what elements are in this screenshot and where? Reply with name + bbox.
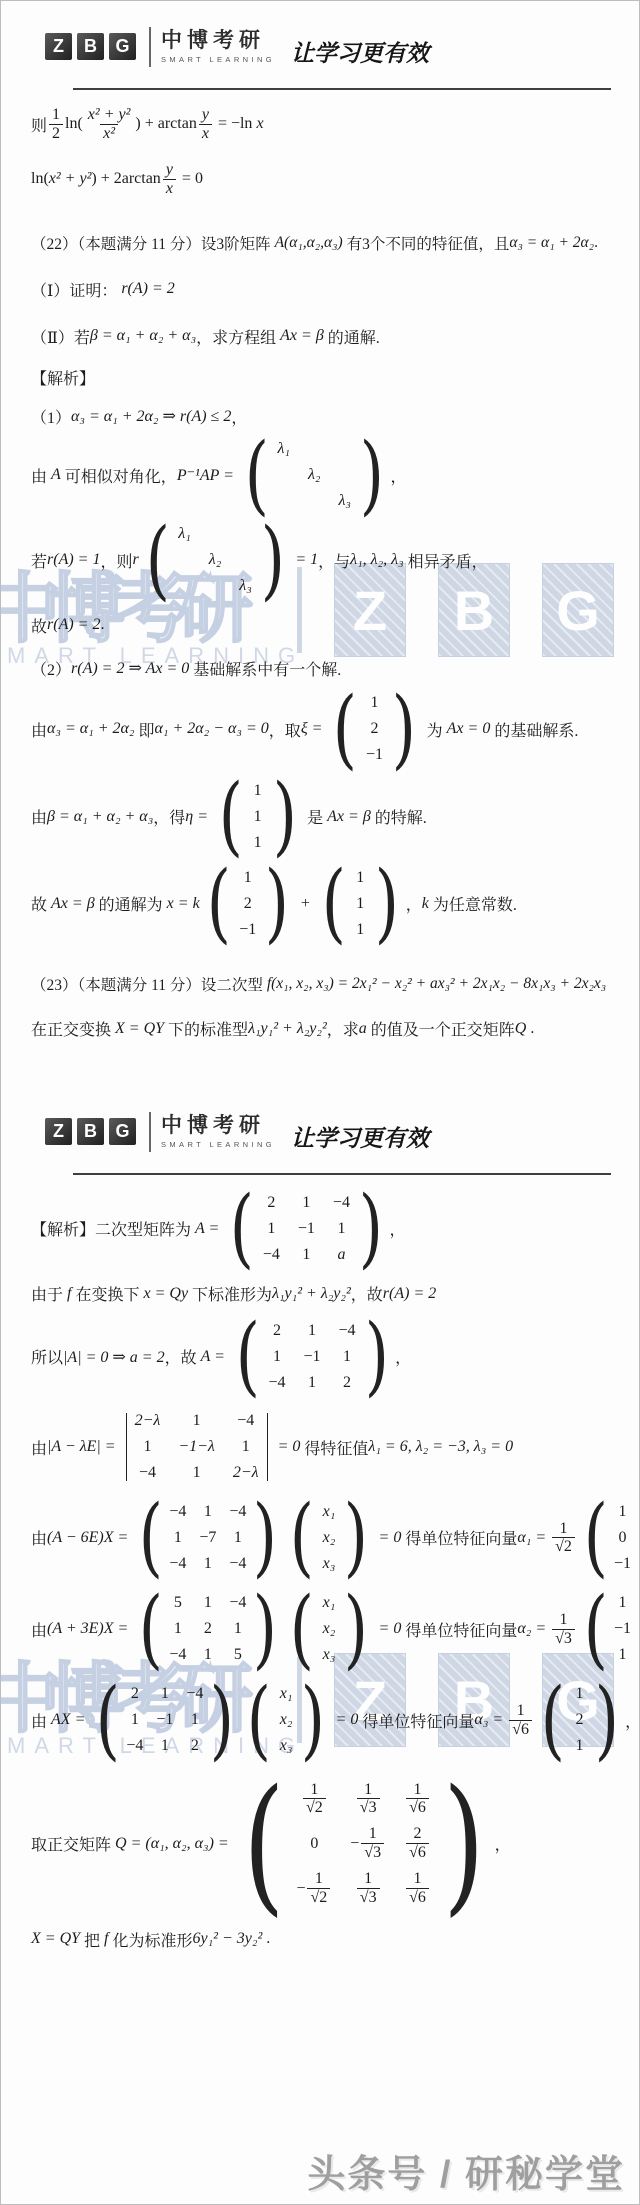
fraction-numerator: 1: [557, 1611, 571, 1629]
matrix-cell: −4: [237, 1412, 254, 1430]
formula-text: 由: [31, 1618, 47, 1641]
formula-math: r(A) = 2: [47, 616, 100, 634]
fraction-numerator: 1: [361, 1781, 375, 1799]
formula-text: 由: [31, 1526, 47, 1549]
matrix-cell: [240, 525, 252, 543]
matrix-cell: 1: [191, 1412, 203, 1430]
matrix: (1−11): [579, 1590, 640, 1669]
formula-math: x = k: [167, 895, 200, 913]
paren-left: (: [247, 1681, 271, 1760]
fraction-numerator: 1: [312, 1870, 326, 1888]
formula-math: Ax = β: [327, 808, 371, 826]
matrix-cell: −1: [156, 1711, 173, 1729]
logo-letter-b: B: [77, 1118, 104, 1145]
matrix-cell: [339, 440, 351, 458]
eigenvector-2: 由(A + 3E)X = (51−4121−415)(x₁x₂x₃) = 0 得…: [31, 1590, 639, 1669]
fraction: 12: [49, 106, 63, 143]
formula-text: （22）（本题满分 11 分）设3阶矩阵: [31, 232, 275, 254]
formula-math: Ax = β: [51, 895, 95, 913]
formula-text: 【解析】二次型矩阵为: [31, 1217, 195, 1240]
matrix-cell: x₃: [280, 1737, 293, 1755]
paren-left: (: [290, 1590, 314, 1669]
matrix-cell: λ₃: [338, 492, 351, 510]
matrix-cell: −4: [229, 1594, 246, 1612]
fraction-numerator: y: [163, 161, 176, 179]
matrix-cell: 1√3: [355, 1870, 382, 1907]
formula-math: α₃ = α₁ + 2α₂: [509, 234, 594, 252]
formula-math: x² + y²: [49, 170, 92, 188]
formula-math: α₃ =: [474, 1711, 507, 1729]
matrix-cell: 1: [300, 1246, 312, 1264]
formula-text: 故: [31, 892, 51, 915]
matrix-cell: −1: [239, 921, 256, 939]
matrix-cell: 1: [129, 1711, 141, 1729]
matrix-cell: [339, 466, 351, 484]
formula-math: Ax = β: [280, 327, 324, 345]
particular-solution: 由β = α₁ + α₂ + α₃，得η = (111) 是 Ax = β 的特…: [31, 777, 639, 856]
formula-text: 得单位特征向量: [358, 1709, 474, 1732]
matrix-cell: 1: [232, 1529, 244, 1547]
paren-left: (: [139, 1498, 163, 1577]
fraction-numerator: 1: [410, 1781, 424, 1799]
formula-math: AX =: [51, 1711, 89, 1729]
formula-math: r(A) = 2 ⇒ Ax = 0: [71, 658, 189, 678]
formula-text: ，: [395, 1345, 411, 1368]
matrix: (12−1): [328, 690, 420, 769]
matrix-grid: x₁x₂x₃: [319, 1592, 339, 1666]
matrix: (21−41−11−412): [231, 1317, 393, 1396]
formula-text: （Ⅰ）证明：: [31, 278, 121, 301]
fraction: x² + y²x²: [85, 106, 134, 143]
logo-letter-g: G: [109, 33, 136, 60]
matrix: (λ₁λ₂λ₃): [240, 436, 389, 515]
matrix-cell: 1: [240, 1438, 252, 1456]
formula-text: 由: [31, 805, 47, 828]
paren-left: (: [236, 1317, 260, 1396]
formula-text: 的通解为: [95, 892, 167, 915]
matrix-cell: 1: [354, 921, 366, 939]
formula-math: β = α₁ + α₂ + α₃: [47, 808, 153, 826]
matrix-cell: 1: [202, 1594, 214, 1612]
fraction: 1√2: [303, 1781, 326, 1818]
formula-text: ，取: [269, 718, 301, 741]
q22-part1: （Ⅰ）证明： r(A) = 2: [31, 278, 639, 301]
paren-right: ): [359, 1189, 383, 1268]
matrix-grid: 121: [570, 1683, 590, 1757]
matrix-cell: 2: [341, 1374, 353, 1392]
matrix-grid: 1√21√31√60−1√32√6−1√21√31√6: [292, 1779, 434, 1909]
matrix-grid: 2−λ1−41−1−λ1−412−λ: [131, 1410, 263, 1484]
matrix-cell: 1: [306, 1374, 318, 1392]
paren-right: ): [253, 1590, 277, 1669]
paren-left: (: [219, 777, 243, 856]
brand-name: 中博考研: [161, 29, 275, 52]
matrix-cell: −4: [229, 1503, 246, 1521]
formula-math: Q: [515, 1020, 527, 1038]
matrix-grid: x₁x₂x₃: [276, 1683, 296, 1757]
formula-text: 的通解.: [324, 325, 380, 348]
formula-text: .: [526, 1020, 534, 1038]
fraction-denominator: √2: [552, 1537, 575, 1556]
formula-text: 由: [31, 464, 51, 487]
matrix-cell: 5: [172, 1594, 184, 1612]
fraction: yx: [199, 106, 212, 143]
paren-left: (: [139, 1590, 163, 1669]
matrix: (21−41−11−41a): [225, 1189, 387, 1268]
cell-sign: −: [296, 1880, 305, 1898]
rank-from-form: 由于 f 在变换下 x = Qy 下标准形为λ₁y₁² + λ₂y₂²，故r(A…: [31, 1282, 639, 1305]
paren-right: ): [375, 864, 399, 943]
matrix-cell: −1: [303, 1348, 320, 1366]
paren-right: ): [272, 777, 296, 856]
paren-left: (: [96, 1681, 120, 1760]
matrix-cell: 2√6: [404, 1825, 431, 1862]
matrix-cell: 1: [335, 1220, 347, 1238]
matrix-cell: −1√3: [350, 1825, 386, 1862]
formula-text: 得特征值: [300, 1436, 368, 1459]
formula-text: ，得: [153, 805, 185, 828]
matrix: (111): [317, 864, 404, 943]
brand-name: 中博考研: [161, 1114, 275, 1137]
step-2: （2）r(A) = 2 ⇒ Ax = 0 基础解系中有一个解.: [31, 657, 639, 680]
document-content: Z B G 中博考研 SMART LEARNING 让学习更有效 则12ln(x…: [1, 1, 639, 1951]
eigenvalues: 由|A − λE| = 2−λ1−41−1−λ1−412−λ = 0 得特征值λ…: [31, 1410, 639, 1484]
matrix-cell: 2: [369, 720, 381, 738]
formula-text: 故: [31, 614, 47, 637]
formula-text: ) + arctan: [135, 115, 196, 133]
paren-right: ): [360, 436, 384, 515]
logo-divider: [149, 27, 151, 67]
formula-math: r(A) = 2: [383, 1285, 436, 1303]
matrix-cell: 1: [341, 1348, 353, 1366]
general-solution: 故 Ax = β 的通解为 x = k(12−1) + (111)，k 为任意常…: [31, 864, 639, 943]
formula-text: ，与: [318, 549, 350, 572]
matrix-cell: [308, 492, 320, 510]
matrix-grid: 1−11: [612, 1592, 632, 1666]
matrix: (111): [214, 777, 301, 856]
matrix-cell: x₁: [280, 1685, 293, 1703]
formula-math: = 1: [291, 551, 318, 569]
matrix-cell: 1: [242, 869, 254, 887]
matrix-cell: 1: [252, 834, 264, 852]
formula-text: 在变换下: [71, 1282, 143, 1305]
formula-text: 把: [80, 1928, 104, 1951]
det-bar: [126, 1413, 127, 1481]
fraction: 1√3: [552, 1611, 575, 1648]
formula-text: 由: [31, 1709, 51, 1732]
matrix-cell: [179, 577, 191, 595]
matrix-cell: 2−λ: [135, 1412, 161, 1430]
matrix-cell: 1: [202, 1503, 214, 1521]
matrix-grid: 21−41−11−41a: [259, 1192, 354, 1266]
formula-math: +: [296, 895, 315, 913]
formula-math: X = QY: [31, 1930, 80, 1948]
fraction-denominator: √6: [406, 1798, 429, 1817]
brand-subtitle: SMART LEARNING: [161, 55, 275, 64]
formula-text: （2）: [31, 657, 71, 680]
matrix-cell: 0: [308, 1835, 320, 1853]
formula-math: A =: [195, 1220, 223, 1238]
matrix-cell: [240, 551, 252, 569]
paren-left: (: [145, 521, 169, 600]
matrix-grid: 21−41−11−412: [264, 1320, 359, 1394]
fraction-denominator: √2: [303, 1798, 326, 1817]
matrix-cell: −1: [614, 1620, 631, 1638]
matrix-cell: [278, 492, 290, 510]
matrix-cell: −7: [199, 1529, 216, 1547]
formula-math: λ₁ = 6, λ₂ = −3, λ₃ = 0: [368, 1438, 513, 1456]
paren-left: (: [243, 1776, 285, 1912]
fraction-denominator: √3: [361, 1843, 384, 1862]
brand-slogan: 让学习更有效: [291, 35, 429, 68]
matrix-cell: [209, 577, 221, 595]
matrix-cell: 1: [159, 1685, 171, 1703]
matrix-cell: 1: [300, 1194, 312, 1212]
matrix-cell: 1: [202, 1646, 214, 1664]
matrix-cell: 1: [616, 1594, 628, 1612]
formula-math: α₃ = α₁ + 2α₂ ⇒ r(A) ≤ 2: [71, 406, 231, 426]
formula-text: ，求方程组: [196, 325, 280, 348]
eq-ln-result: ln(x² + y²) + 2arctanyx = 0: [31, 161, 639, 198]
formula-text: 由: [31, 718, 47, 741]
matrix-cell: 1: [202, 1555, 214, 1573]
matrix-grid: x₁x₂x₃: [319, 1501, 339, 1575]
formula-text: 得单位特征向量: [401, 1618, 517, 1641]
formula-text: 的特解.: [371, 805, 427, 828]
paren-left: (: [333, 690, 357, 769]
paren-left: (: [321, 864, 345, 943]
formula-text: 的值及一个正交矩阵: [367, 1017, 515, 1040]
fraction: 1√6: [406, 1781, 429, 1818]
matrix-cell: 1√3: [355, 1781, 382, 1818]
fraction-denominator: 2: [49, 124, 63, 143]
matrix-cell: −4: [169, 1503, 186, 1521]
formula-math: λ₁y₁² + λ₂y₂²: [248, 1020, 327, 1038]
paren-right: ): [344, 1590, 368, 1669]
formula-text: 为: [423, 718, 447, 741]
matrix-grid: −41−41−71−41−4: [168, 1501, 248, 1575]
formula-text: = 0: [178, 170, 203, 188]
matrix-grid: 111: [248, 780, 268, 854]
formula-text: ，: [406, 892, 422, 915]
paren-left: (: [206, 864, 230, 943]
matrix-cell: −1: [614, 1555, 631, 1573]
formula-text: ，: [391, 464, 407, 487]
matrix: (−41−41−71−41−4): [134, 1498, 281, 1577]
formula-text: 由: [31, 1436, 47, 1459]
formula-math: β = α₁ + α₂ + α₃: [90, 327, 196, 345]
formula-text: 的基础解系.: [490, 718, 578, 741]
paren-right: ): [260, 521, 284, 600]
matrix-cell: x₃: [323, 1555, 336, 1573]
matrix-cell: 1√6: [404, 1781, 431, 1818]
solve-a: 所以|A| = 0 ⇒ a = 2，故 A = (21−41−11−412)，: [31, 1317, 639, 1396]
matrix-cell: λ₂: [209, 551, 222, 569]
matrix-cell: [278, 466, 290, 484]
cell-sign: −: [350, 1835, 359, 1853]
matrix-cell: 1: [232, 1620, 244, 1638]
matrix-grid: 12−1: [235, 867, 260, 941]
fraction-denominator: √2: [307, 1888, 330, 1907]
formula-math: a: [359, 1020, 367, 1038]
matrix-cell: 1: [141, 1438, 153, 1456]
formula-text: 由于: [31, 1282, 67, 1305]
matrix-cell: −4: [139, 1464, 156, 1482]
formula-text: （Ⅱ）若: [31, 325, 90, 348]
matrix-cell: −4: [229, 1555, 246, 1573]
matrix: (1√21√31√60−1√32√6−1√21√31√6): [235, 1776, 493, 1912]
formula-text: 所以: [31, 1345, 63, 1368]
matrix-cell: 1: [191, 1464, 203, 1482]
matrix-cell: λ₃: [239, 577, 252, 595]
fraction-numerator: 2: [410, 1825, 424, 1843]
matrix: (x₁x₂x₃): [242, 1681, 329, 1760]
formula-text: ，: [495, 1832, 511, 1855]
fraction: 1√2: [307, 1870, 330, 1907]
matrix-cell: 1: [574, 1737, 586, 1755]
solution-body: 则12ln(x² + y²x²) + arctanyx = −ln xln(x²…: [1, 106, 639, 1951]
formula-text: ，: [625, 1709, 640, 1732]
header-rule: [73, 88, 611, 90]
matrix-cell: x₂: [280, 1711, 293, 1729]
matrix: (x₁x₂x₃): [285, 1498, 372, 1577]
formula-math: Ax = 0: [447, 720, 491, 738]
matrix-cell: −4: [126, 1737, 143, 1755]
matrix-cell: 1: [172, 1529, 184, 1547]
matrix-grid: 12−1: [362, 692, 387, 766]
paren-left: (: [584, 1590, 608, 1669]
formula-text: .: [594, 234, 598, 252]
matrix-cell: 1: [306, 1322, 318, 1340]
formula-math: λ₁y₁² + λ₂y₂²: [272, 1285, 351, 1303]
fraction: 1√3: [357, 1870, 380, 1907]
det-bar: [267, 1413, 268, 1481]
formula-text: 下的标准型: [164, 1017, 248, 1040]
matrix-cell: 1: [252, 782, 264, 800]
formula-text: 下标准形为: [188, 1282, 272, 1305]
rank-contradiction: 若r(A) = 1，则r(λ₁λ₂λ₃) = 1，与λ₁, λ₂, λ₃ 相异矛…: [31, 521, 639, 600]
formula-math: α₁ + 2α₂ − α₃ = 0: [155, 720, 269, 738]
formula-text: 基础解系中有一个解.: [189, 657, 341, 680]
matrix-cell: [179, 551, 191, 569]
formula-math: A(α₁,α₂,α₃): [275, 234, 343, 252]
matrix-cell: 2: [265, 1194, 277, 1212]
paren-left: (: [290, 1498, 314, 1577]
matrix-cell: 1: [189, 1711, 201, 1729]
eigenvector-1: 由(A − 6E)X = (−41−41−71−41−4)(x₁x₂x₃) = …: [31, 1498, 639, 1577]
document-page: 中博考研 Z B G MART LEARNING 中博考研 Z B G MART…: [0, 0, 640, 2205]
formula-math: α₂ =: [517, 1620, 550, 1638]
formula-math: r: [132, 551, 138, 569]
matrix-cell: 1: [159, 1737, 171, 1755]
formula-math: = 0: [332, 1711, 359, 1729]
matrix-cell: 2: [271, 1322, 283, 1340]
logo-letter-z: Z: [45, 1118, 72, 1145]
matrix: (10−1): [579, 1498, 640, 1577]
matrix-cell: [209, 525, 221, 543]
matrix-cell: −1−λ: [178, 1438, 215, 1456]
paren-right: ): [210, 1681, 234, 1760]
matrix-cell: 1√6: [404, 1870, 431, 1907]
fraction-numerator: 1: [49, 106, 63, 124]
formula-math: x: [256, 115, 263, 133]
paren-right: ): [392, 690, 416, 769]
fraction-numerator: 1: [514, 1702, 528, 1720]
formula-text: ) + 2arctan: [91, 170, 160, 188]
matrix-cell: 1: [271, 1348, 283, 1366]
matrix-cell: [308, 440, 320, 458]
formula-math: r(A) = 2: [121, 280, 174, 298]
formula-math: P⁻¹AP =: [177, 465, 238, 485]
formula-math: A: [51, 466, 61, 484]
source-credit: 头条号 / 研秘学堂: [307, 2143, 625, 2198]
matrix-cell: 1: [172, 1620, 184, 1638]
formula-math: Q = (α₁, α₂, α₃) =: [115, 1835, 233, 1853]
fraction-denominator: √3: [552, 1629, 575, 1648]
matrix-grid: 51−4121−415: [168, 1592, 248, 1666]
fraction-numerator: 1: [307, 1781, 321, 1799]
formula-math: k: [422, 895, 429, 913]
fraction-denominator: √6: [406, 1888, 429, 1907]
fraction: 1√6: [509, 1702, 532, 1739]
matrix-cell: 1: [574, 1685, 586, 1703]
fraction: 1√3: [361, 1825, 384, 1862]
formula-text: ln(: [65, 115, 83, 133]
matrix-cell: −4: [169, 1555, 186, 1573]
matrix-cell: λ₁: [277, 440, 290, 458]
logo-letter-b: B: [77, 33, 104, 60]
problem-23-line2: 在正交变换 X = QY 下的标准型λ₁y₁² + λ₂y₂²，求a 的值及一个…: [31, 1017, 639, 1040]
logo-letter-g: G: [109, 1118, 136, 1145]
orthogonal-matrix: 取正交矩阵 Q = (α₁, α₂, α₃) = (1√21√31√60−1√3…: [31, 1776, 639, 1912]
paren-right: ): [253, 1498, 277, 1577]
fraction-numerator: 1: [410, 1870, 424, 1888]
matrix-cell: −4: [186, 1685, 203, 1703]
formula-text: 取正交矩阵: [31, 1832, 115, 1855]
formula-math: r(A) = 1: [47, 551, 100, 569]
matrix-cell: x₂: [323, 1529, 336, 1547]
formula-text: 【解析】: [31, 366, 95, 389]
q23-matrix: 【解析】二次型矩阵为 A = (21−41−11−41a)，: [31, 1189, 639, 1268]
fraction-denominator: √6: [406, 1843, 429, 1862]
matrix: (51−4121−415): [134, 1590, 281, 1669]
matrix-grid: λ₁λ₂λ₃: [174, 523, 256, 597]
matrix-cell: λ₂: [308, 466, 321, 484]
matrix-grid: 111: [350, 867, 370, 941]
matrix-cell: −4: [169, 1646, 186, 1664]
fraction-numerator: 1: [366, 1825, 380, 1843]
matrix-grid: λ₁λ₂λ₃: [273, 438, 355, 512]
formula-math: A =: [201, 1348, 229, 1366]
matrix: (12−1): [202, 864, 294, 943]
formula-text: 相异矛盾，: [404, 549, 488, 572]
formula-math: |A − λE| =: [47, 1438, 120, 1456]
formula-math: η =: [185, 808, 212, 826]
formula-text: ln(: [31, 170, 49, 188]
diagonalization: 由 A 可相似对角化，P⁻¹AP = (λ₁λ₂λ₃)，: [31, 436, 639, 515]
formula-text: ，求: [327, 1017, 359, 1040]
formula-math: (A − 6E)X =: [47, 1529, 132, 1547]
matrix-cell: 2: [189, 1737, 201, 1755]
fraction: 2√6: [406, 1825, 429, 1862]
fraction-denominator: √6: [509, 1720, 532, 1739]
paren-left: (: [584, 1498, 608, 1577]
formula-math: X = QY: [115, 1020, 164, 1038]
matrix-cell: −4: [333, 1194, 350, 1212]
formula-text: 则: [31, 113, 47, 136]
fraction-denominator: √3: [357, 1888, 380, 1907]
matrix-cell: 0: [616, 1529, 628, 1547]
